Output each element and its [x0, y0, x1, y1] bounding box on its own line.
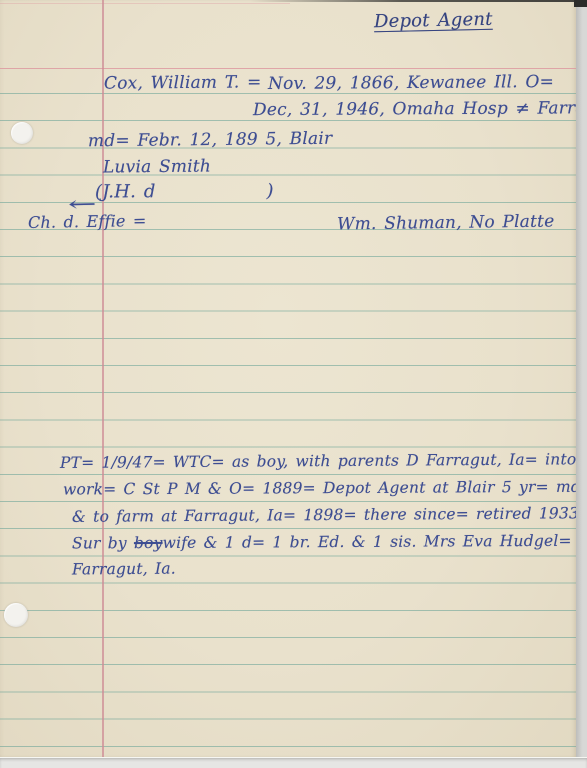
- page-title: Depot Agent: [374, 9, 493, 34]
- notebook-paper: Depot Agent Cox, William T. = Nov. 29, 1…: [0, 0, 576, 757]
- notes-line-4: Sur by boywife & 1 d= 1 br. Ed. & 1 sis.…: [72, 532, 587, 554]
- entry-birth: Nov. 29, 1866, Kewanee Ill. O=: [268, 72, 554, 95]
- entry-spouse-name: Luvia Smith: [103, 157, 211, 179]
- hole-punch-top: [11, 122, 33, 144]
- notes-line-2: work= C St P M & O= 1889= Depot Agent at…: [63, 478, 587, 500]
- entry-marriage: md= Febr. 12, 189 5, Blair: [88, 129, 332, 153]
- notes-line-3: & to farm at Farragut, Ia= 1898= there s…: [72, 504, 587, 527]
- scanner-corner-dark: [574, 0, 587, 7]
- hole-punch-bottom: [4, 603, 28, 627]
- entry-death: Dec, 31, 1946, Omaha Hosp ≠ Farragut, Ia…: [253, 98, 587, 121]
- entry-spouse-note: (J.H. d ): [95, 181, 274, 204]
- horizontal-margin-line: [0, 68, 576, 69]
- notes-line-4-pre: Sur by: [72, 534, 134, 552]
- vertical-margin-line: [102, 0, 104, 757]
- notes-line-1: PT= 1/9/47= WTC= as boy, with parents D …: [60, 450, 587, 473]
- notes-line-5: Farragut, Ia.: [72, 560, 176, 580]
- scanner-edge-bottom: [0, 757, 587, 768]
- notes-line-4-struck-word: boy: [134, 534, 163, 552]
- notes-line-4-post: wife & 1 d= 1 br. Ed. & 1 sis. Mrs Eva H…: [163, 532, 587, 552]
- scanner-edge-right: [576, 0, 587, 768]
- scanner-edge-top: [250, 0, 587, 2]
- entry-name: Cox, William T. =: [104, 72, 262, 95]
- entry-attribution: Wm. Shuman, No Platte: [337, 211, 555, 235]
- entry-children: Ch. d. Effie =: [28, 211, 147, 233]
- top-faint-margin-line: [0, 3, 290, 4]
